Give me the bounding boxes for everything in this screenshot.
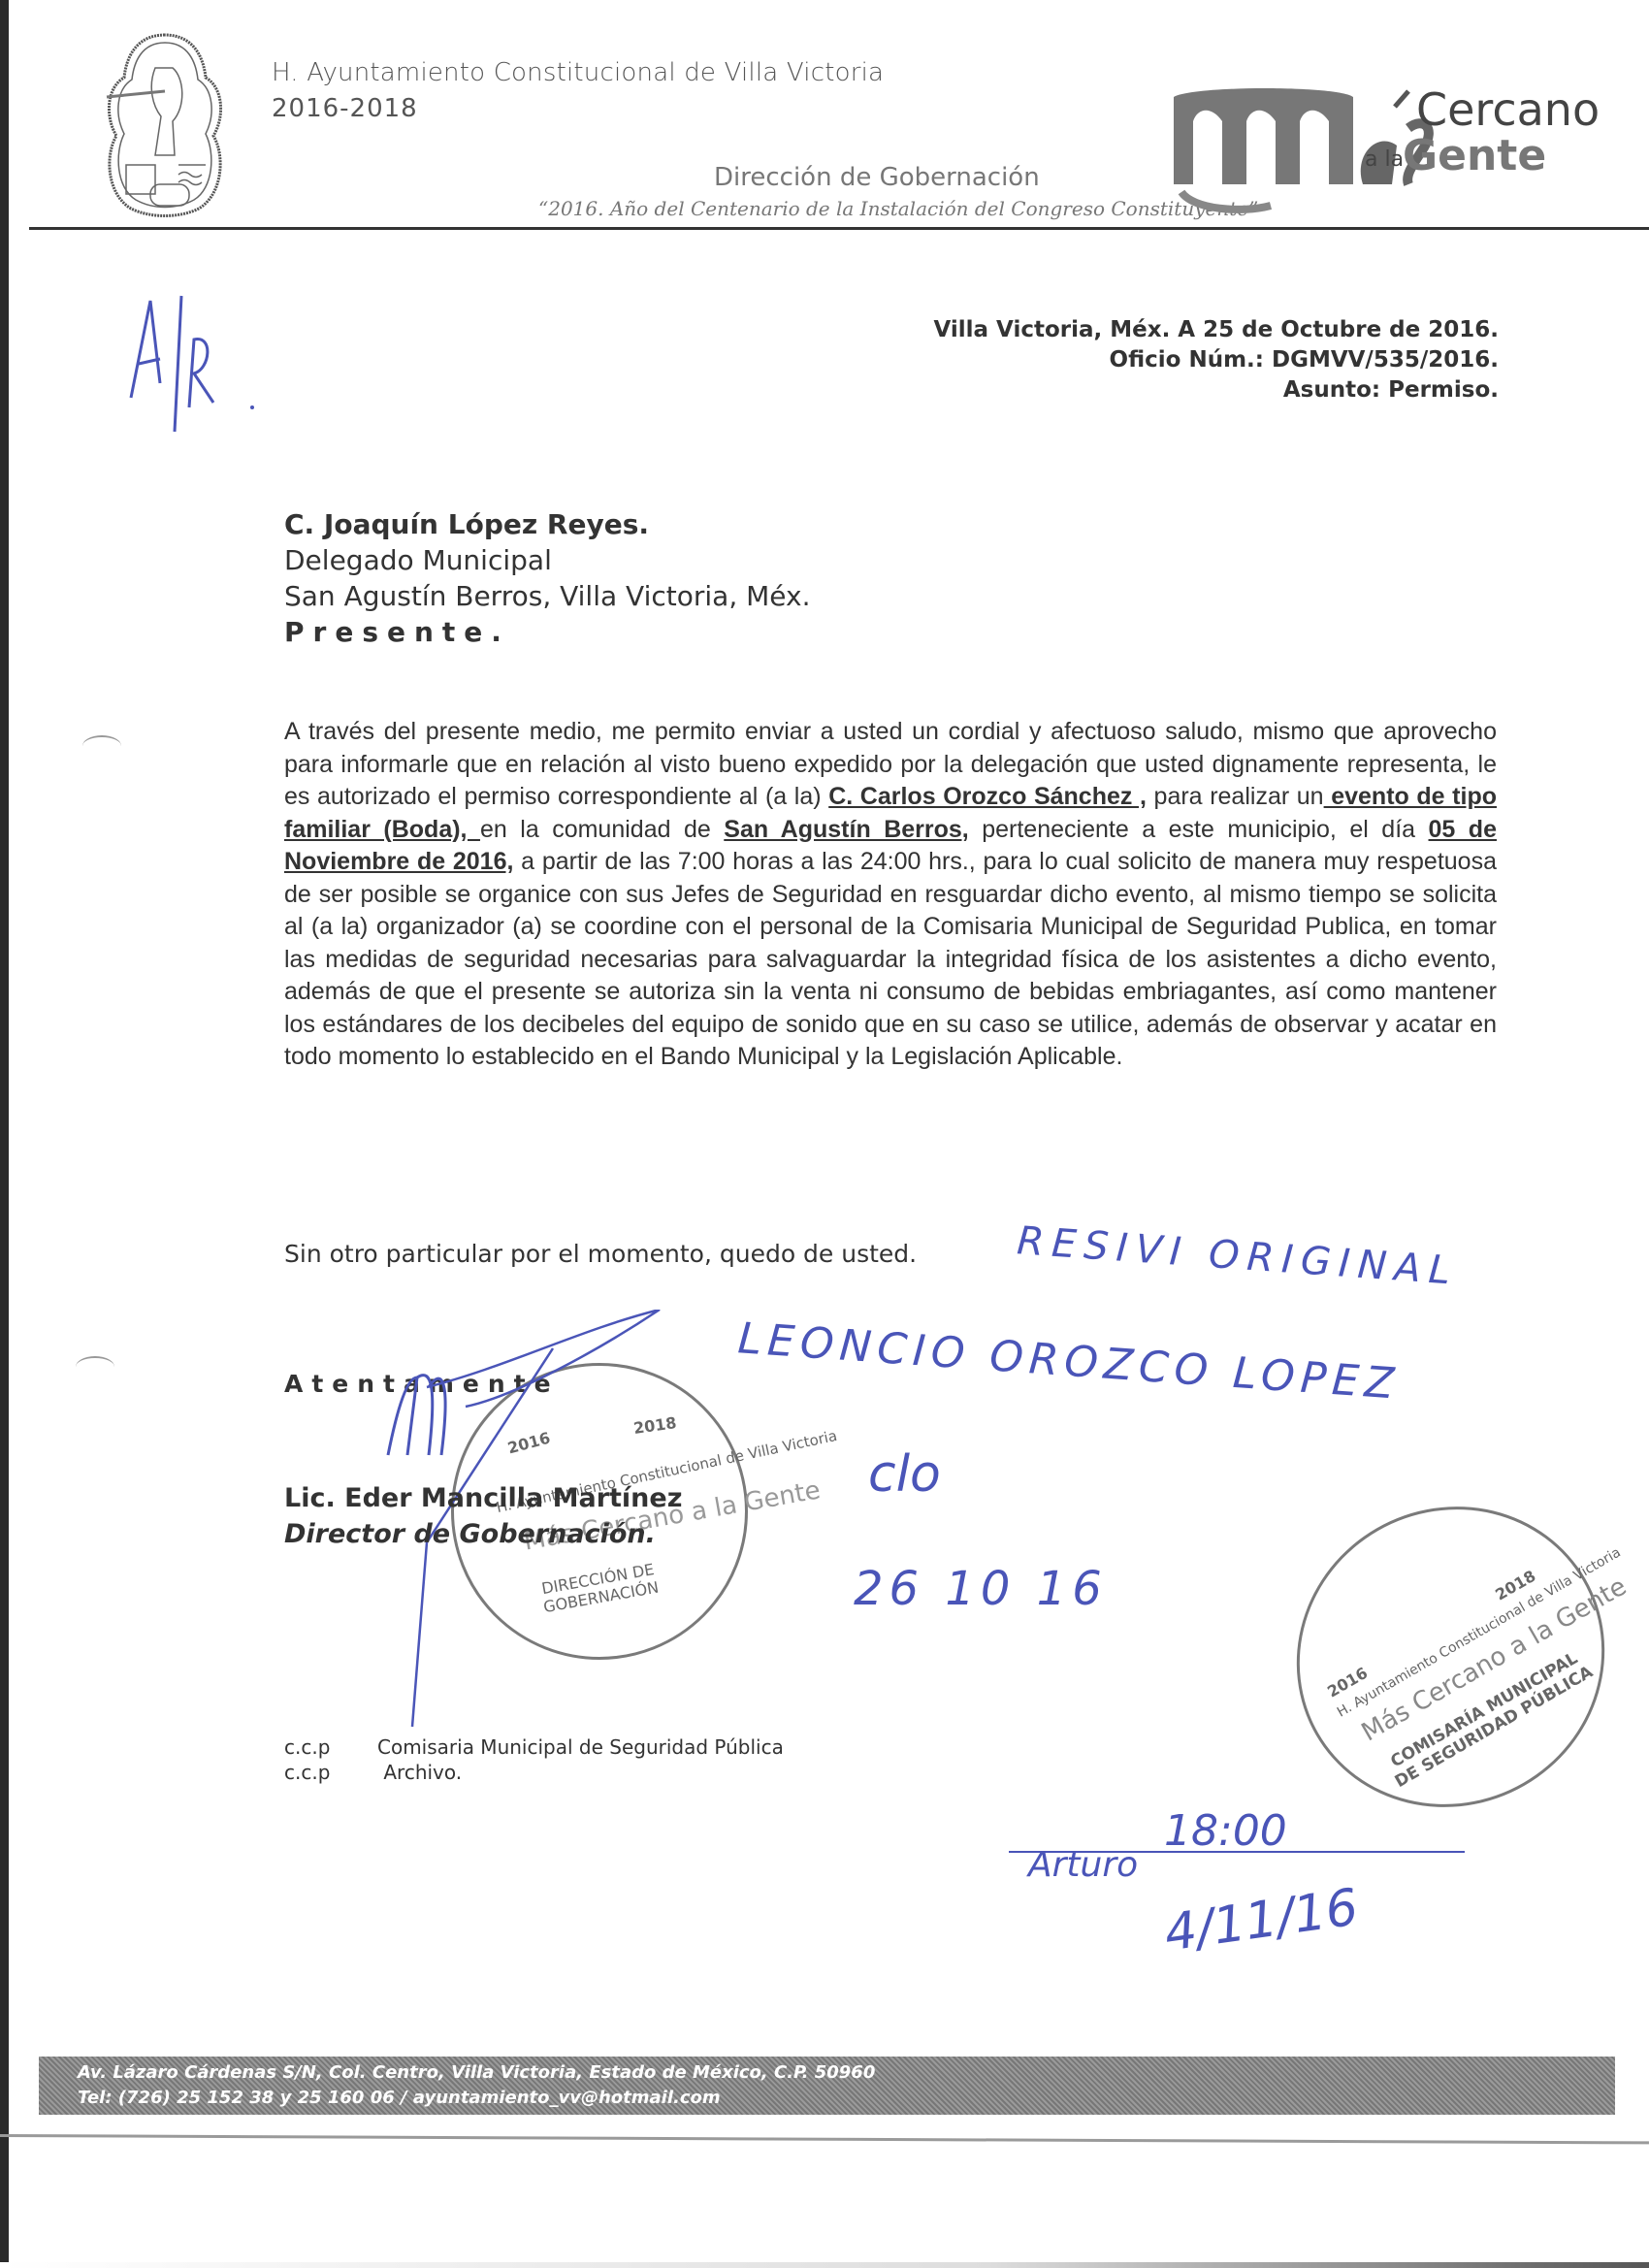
permit-holder: C. Carlos Orozco Sánchez ,: [828, 783, 1147, 810]
body-text-3: en la comunidad de: [480, 816, 724, 843]
logo-cercano-text: Cercano: [1416, 83, 1600, 136]
handwritten-receipt-date: 26 10 16: [854, 1562, 1108, 1616]
handwritten-ar-mark: [121, 281, 276, 446]
addressee-position: Delegado Municipal: [284, 542, 811, 578]
community-name: San Agustín Berros,: [724, 816, 968, 843]
ccp-item: c.c.p Archivo.: [284, 1760, 784, 1785]
addressee-name: C. Joaquín López Reyes.: [284, 506, 811, 542]
punch-hole-mark: [76, 1356, 114, 1377]
oficio-number: Oficio Núm.: DGMVV/535/2016.: [933, 345, 1499, 375]
subject: Asunto: Permiso.: [933, 375, 1499, 405]
administration-period: 2016-2018: [272, 94, 418, 123]
carbon-copy-list: c.c.pComisaria Municipal de Seguridad Pú…: [284, 1734, 784, 1785]
presente-label: Presente.: [284, 614, 811, 650]
year-motto: “2016. Año del Centenario de la Instalac…: [538, 197, 1258, 220]
footer-contact: Tel: (726) 25 152 38 y 25 160 06 / ayunt…: [78, 2088, 721, 2108]
handwritten-date2: 4/11/16: [1161, 1878, 1362, 1962]
institution-name: H. Ayuntamiento Constitucional de Villa …: [272, 58, 884, 87]
addressee-block: C. Joaquín López Reyes. Delegado Municip…: [284, 506, 811, 650]
handwritten-signer2: Arturo: [1028, 1845, 1138, 1885]
signer-block: Lic. Eder Mancilla Martínez Director de …: [284, 1480, 682, 1552]
place-date: Villa Victoria, Méx. A 25 de Octubre de …: [933, 315, 1499, 345]
comisaria-stamp: 2016 2018 H. Ayuntamiento Constitucional…: [1242, 1450, 1649, 1863]
handwritten-time: 18:00: [1164, 1806, 1287, 1856]
body-text-5: a partir de las 7:00 horas a las 24:00 h…: [284, 848, 1497, 1070]
scan-bottom-shadow: [0, 2262, 1649, 2268]
document-meta: Villa Victoria, Méx. A 25 de Octubre de …: [933, 315, 1499, 405]
logo-gente-text: Gente: [1403, 131, 1546, 180]
handwritten-receiver-signature: clo: [868, 1445, 941, 1504]
handwritten-receiver-name: LEONCIO OROZCO LOPEZ: [736, 1313, 1402, 1409]
body-text-4: perteneciente a este municipio, el día: [969, 816, 1429, 843]
letter-body: A través del presente medio, me permito …: [284, 716, 1497, 1074]
addressee-location: San Agustín Berros, Villa Victoria, Méx.: [284, 578, 811, 614]
header-divider: [29, 227, 1649, 230]
department-name: Dirección de Gobernación: [714, 163, 1040, 192]
closing-line: Sin otro particular por el momento, qued…: [284, 1240, 917, 1268]
handwritten-received-note: RESIVI ORIGINAL: [1016, 1218, 1460, 1294]
logo-a-la-text: a la: [1365, 147, 1404, 172]
page-bottom-edge: [0, 2134, 1649, 2144]
municipal-crest-icon: [97, 29, 233, 223]
footer-address: Av. Lázaro Cárdenas S/N, Col. Centro, Vi…: [78, 2062, 875, 2083]
signer-title: Director de Gobernación.: [284, 1516, 682, 1552]
ccp-item: c.c.pComisaria Municipal de Seguridad Pú…: [284, 1734, 784, 1760]
body-text-2: para realizar un: [1147, 783, 1324, 810]
scan-edge-shadow: [0, 0, 9, 2268]
punch-hole-mark: [82, 735, 121, 757]
signer-name: Lic. Eder Mancilla Martínez: [284, 1480, 682, 1516]
